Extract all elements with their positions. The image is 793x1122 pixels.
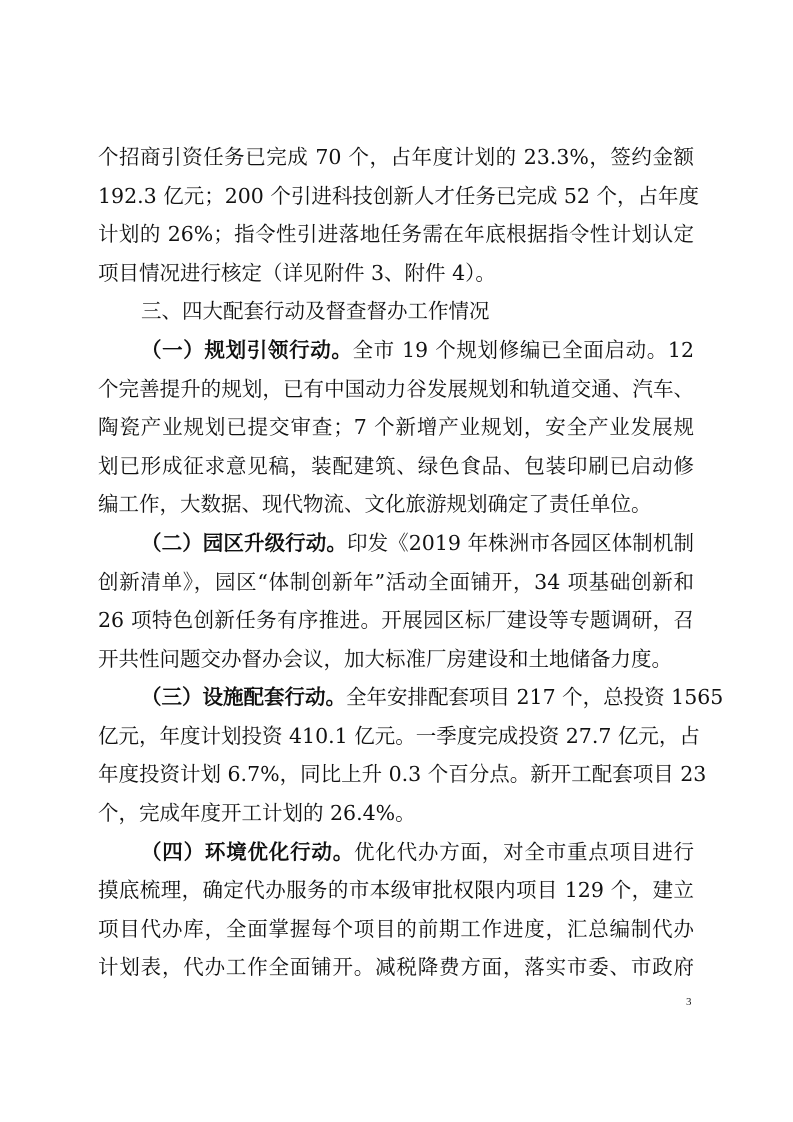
text-line: 192.3 亿元；200 个引进科技创新人才任务已完成 52 个，占年度	[98, 184, 694, 208]
text-line: 亿元，年度计划投资 410.1 亿元。一季度完成投资 27.7 亿元，占	[98, 724, 694, 748]
subsection-first-line: （二）园区升级行动。印发《2019 年株洲市各园区体制机制	[141, 531, 694, 555]
subsection-first-line: （一）规划引领行动。全市 19 个规划修编已全面启动。12	[141, 338, 694, 362]
text-line: 计划表，代办工作全面铺开。减税降费方面，落实市委、市政府	[98, 955, 694, 979]
text-line: 个完善提升的规划，已有中国动力谷发展规划和轨道交通、汽车、	[98, 377, 694, 401]
text-line: 编工作，大数据、现代物流、文化旅游规划确定了责任单位。	[98, 492, 694, 516]
subsection-text: 全年安排配套项目 217 个，总投资 1565	[346, 685, 723, 709]
subsection-first-line: （三）设施配套行动。全年安排配套项目 217 个，总投资 1565	[141, 685, 694, 709]
text-line: 创新清单》，园区“体制创新年”活动全面铺开，34 项基础创新和	[98, 570, 694, 594]
text-line: 划已形成征求意见稿，装配建筑、绿色食品、包装印刷已启动修	[98, 454, 694, 478]
text-line: 个，完成年度开工计划的 26.4%。	[98, 801, 694, 825]
text-line: 个招商引资任务已完成 70 个，占年度计划的 23.3%，签约金额	[98, 145, 694, 169]
section-heading: 三、四大配套行动及督查督办工作情况	[141, 299, 490, 323]
text-line: 年度投资计划 6.7%，同比上升 0.3 个百分点。新开工配套项目 23	[98, 762, 694, 786]
subsection-title: （三）设施配套行动。	[141, 685, 346, 709]
subsection-title: （二）园区升级行动。	[141, 531, 347, 555]
page-number: 3	[686, 996, 692, 1008]
text-line: 开共性问题交办督办会议，加大标准厂房建设和土地储备力度。	[98, 647, 694, 671]
subsection-first-line: （四）环境优化行动。优化代办方面，对全市重点项目进行	[141, 840, 694, 864]
subsection-text: 优化代办方面，对全市重点项目进行	[354, 840, 694, 864]
subsection-text: 全市 19 个规划修编已全面启动。12	[353, 338, 694, 362]
text-line: 项目代办库，全面掌握每个项目的前期工作进度，汇总编制代办	[98, 917, 694, 941]
text-line: 计划的 26%；指令性引进落地任务需在年底根据指令性计划认定	[98, 222, 694, 246]
subsection-title: （四）环境优化行动。	[141, 840, 354, 864]
text-line: 摸底梳理，确定代办服务的市本级审批权限内项目 129 个，建立	[98, 878, 694, 902]
text-line: 陶瓷产业规划已提交审查；7 个新增产业规划，安全产业发展规	[98, 415, 694, 439]
text-line: 项目情况进行核定（详见附件 3、附件 4）。	[98, 261, 694, 285]
subsection-title: （一）规划引领行动。	[141, 338, 353, 362]
document-page: 个招商引资任务已完成 70 个，占年度计划的 23.3%，签约金额 192.3 …	[0, 0, 793, 1122]
subsection-text: 印发《2019 年株洲市各园区体制机制	[347, 531, 694, 555]
text-line: 26 项特色创新任务有序推进。开展园区标厂建设等专题调研，召	[98, 608, 694, 632]
